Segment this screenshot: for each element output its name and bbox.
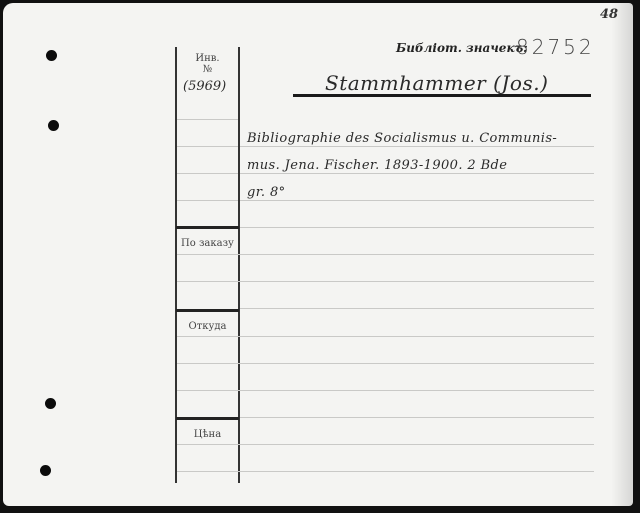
section-divider-1 [176,226,239,229]
rule [177,281,594,282]
rule [240,227,594,228]
punch-hole-2 [48,120,59,131]
inventory-label: Инв. № [177,53,238,75]
author-name: Stammhammer (Jos.) [325,71,548,95]
title-line-1: Bibliographie des Socialismus u. Communi… [247,131,557,146]
punch-hole-4 [40,465,51,476]
rule [177,471,594,472]
library-code-value: 82752 [516,35,595,59]
section-divider-2 [176,309,239,312]
title-line-3: gr. 8° [247,185,286,200]
rule [177,173,238,174]
rule [177,200,238,201]
rule [240,308,594,309]
rule [177,363,594,364]
rule [177,146,238,147]
section-divider-3 [176,417,239,420]
source-label: Откуда [177,321,238,332]
price-label: Цѣна [177,429,238,440]
corner-number: 48 [600,7,618,22]
catalog-card: 48 Инв. № (5969) Библіот. значекъ: 82752… [3,3,633,506]
rule [240,146,594,147]
rule [177,336,594,337]
punch-hole-3 [45,398,56,409]
punch-hole-1 [46,50,57,61]
by-order-label: По заказу [177,238,238,249]
rule [240,417,594,418]
title-line-2: mus. Jena. Fischer. 1893-1900. 2 Bde [247,158,507,173]
rule [240,173,594,174]
library-code-label: Библіот. значекъ: [396,41,528,55]
rule [177,119,238,120]
author-underline [293,94,591,97]
rule [177,254,594,255]
inventory-number: (5969) [183,79,226,94]
rule [177,444,594,445]
rule [177,390,594,391]
rule [240,200,594,201]
